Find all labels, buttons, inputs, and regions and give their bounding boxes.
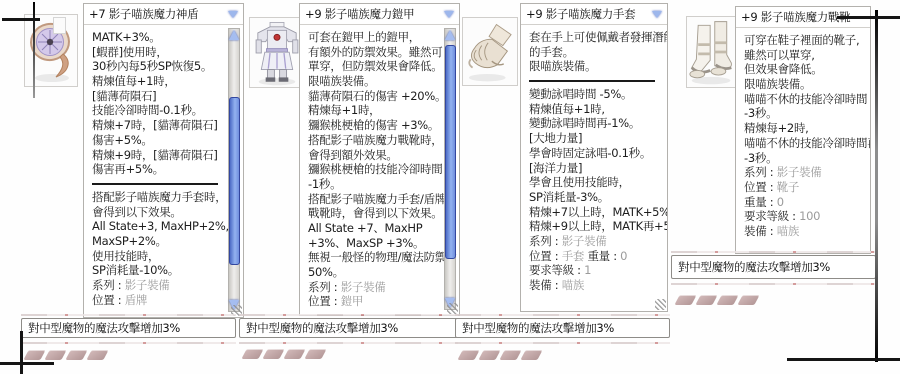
tooltip-text-line: 裝備 : 喵族 [529, 278, 661, 293]
tooltip-text-line: 傷害+5%。 [92, 133, 227, 148]
card-slot-icon [499, 350, 521, 360]
tooltip-text-line: 要求等級 : 100 [744, 209, 864, 224]
tooltip-text-line: 要求等級 : 1 [529, 263, 661, 278]
tooltip-text-line: 系列 : 影子裝備 [92, 278, 227, 293]
divider-artifact-line [21, 314, 236, 316]
collapse-arrow-icon[interactable] [652, 11, 662, 18]
card-slot-icon [262, 349, 284, 359]
tooltip-text-line: 位置 : 盾牌 [92, 293, 227, 308]
item-illustration-box [686, 16, 737, 88]
tooltip-body: 可穿在鞋子裡面的靴子,雖然可以單穿,但效果會降低。限喵族裝備。喵喵不休的技能冷卻… [736, 28, 870, 253]
resize-grip[interactable] [655, 299, 666, 310]
crop-mark [20, 331, 23, 374]
enchant-effect-text: 對中型魔物的魔法攻擊增加3% [462, 321, 614, 335]
tooltip-text-line: 的手套。 [529, 45, 661, 60]
tooltip-text-line: 學會且使用技能時， [529, 175, 661, 190]
boots-icon [688, 17, 736, 87]
scrollbar[interactable] [228, 28, 240, 312]
tooltip-body: 可套在鎧甲上的鎧甲，有額外的防禦效果。雖然可以單穿，但防禦效果會降低。限喵族裝備… [300, 25, 459, 315]
card-slot-icon [457, 350, 479, 360]
card-slots-row [460, 347, 544, 363]
item-tooltip-window: +7 影子喵族魔力神盾 MATK+3%。[蝦群]使用時，30秒內每5秒SP恢復5… [83, 3, 244, 318]
divider-artifact-line [455, 342, 670, 344]
screenshot-stage: Collections Collections Collections Coll… [0, 0, 900, 374]
tooltip-text-line: 無視一般怪的物理/魔法防禦力 [308, 250, 443, 265]
separator-line [529, 74, 661, 87]
card-slot-icon [23, 350, 45, 360]
divider-artifact-line [671, 251, 876, 253]
tooltip-text-line: 戰靴時，會得到以下效果。 [308, 206, 443, 221]
tooltip-text-line: 變動詠唱時間 -5%。 [529, 87, 661, 102]
enchant-effect-text: 對中型魔物的魔法攻擊增加3% [678, 260, 830, 274]
scroll-up-icon[interactable] [229, 30, 239, 40]
tooltip-text-line: 會得到以下效果。 [92, 205, 227, 220]
tooltip-text-line: 喵喵不休的技能冷卻時間 [744, 92, 864, 107]
tooltip-text-line: 傷害再+5%。 [92, 162, 227, 177]
crop-mark [787, 358, 900, 361]
tooltip-text-line: 獼猴桃梗槍的傷害 +3%。 [308, 118, 443, 133]
enchant-effect-box: 對中型魔物的魔法攻擊增加3% [21, 318, 236, 338]
enchant-effect-box: 對中型魔物的魔法攻擊增加3% [455, 318, 670, 338]
tooltip-text-line: 精煉+9以上時，MATK再+5%。 [529, 219, 661, 234]
tooltip-text-line: [貓薄荷隕石] [92, 89, 227, 104]
tooltip-text-line: 精煉值每+1時, [529, 102, 661, 117]
tooltip-text-line: 位置 : 鎧甲 [308, 294, 443, 309]
card-slot-icon [304, 349, 326, 359]
tooltip-text-line: 可穿在鞋子裡面的靴子, [744, 33, 864, 48]
card-slot-icon [695, 295, 717, 305]
tooltip-text-line: [蝦群]使用時， [92, 45, 227, 60]
tooltip-text-line: 精煉每+2時, [744, 121, 864, 136]
crop-mark [2, 18, 40, 21]
tooltip-text-line: 50%。 [308, 265, 443, 280]
tooltip-body: MATK+3%。[蝦群]使用時，30秒內每5秒SP恢復5。精煉值每+1時，[貓薄… [84, 25, 243, 317]
tooltip-text-line: +3%、MaxSP +3%。 [308, 236, 443, 251]
divider-artifact-line [239, 314, 458, 316]
tooltip-text-line: 可套在鎧甲上的鎧甲， [308, 30, 443, 45]
card-slot-icon [283, 349, 305, 359]
tooltip-text-line: [海洋力量] [529, 161, 661, 176]
scrollbar-thumb[interactable] [445, 45, 456, 259]
tooltip-text-line: 精煉每+1時， [308, 103, 443, 118]
item-title: +9 影子喵族魔力鎧甲 [305, 6, 414, 22]
item-title: +9 影子喵族魔力戰靴 [741, 9, 850, 25]
card-slot-icon [86, 350, 108, 360]
item-illustration-box [462, 17, 518, 86]
crop-mark [33, 2, 35, 98]
item-title-bar: +9 影子喵族魔力手套 [521, 4, 667, 25]
tooltip-text-line: 精煉+7以上時，MATK+5%。 [529, 205, 661, 220]
tooltip-text-line: 限喵族裝備。 [529, 59, 661, 74]
divider-artifact-line [671, 283, 876, 285]
tooltip-text-line: 精煉+7時，[貓薄荷隕石] [92, 118, 227, 133]
tooltip-text-line: -1秒。 [308, 177, 443, 192]
tooltip-text-line: 會得到額外效果。 [308, 148, 443, 163]
tooltip-text-line: 限喵族裝備。 [308, 74, 443, 89]
gauntlet-icon [463, 19, 517, 85]
tooltip-text-line: 技能冷卻時間-0.1秒。 [92, 103, 227, 118]
item-tooltip-window: +9 影子喵族魔力手套 套在手上可使佩戴者發揮潛能的手套。限喵族裝備。變動詠唱時… [520, 3, 668, 312]
tooltip-text-line: 單穿，但防禦效果會降低。 [308, 59, 443, 74]
scroll-up-icon[interactable] [445, 30, 455, 40]
tooltip-text-line: 系列 : 影子裝備 [308, 280, 443, 295]
tooltip-text-line: 位置 : 靴子 [744, 180, 864, 195]
crop-mark [0, 362, 54, 365]
item-tooltip-window: +9 影子喵族魔力戰靴 可穿在鞋子裡面的靴子,雖然可以單穿,但效果會降低。限喵族… [735, 6, 871, 254]
tooltip-text-line: 30秒內每5秒SP恢復5。 [92, 59, 227, 74]
collapse-arrow-icon[interactable] [228, 11, 238, 18]
tooltip-text-line: 套在手上可使佩戴者發揮潛能 [529, 30, 661, 45]
tooltip-text-line: 系列 : 影子裝備 [744, 165, 864, 180]
tooltip-text-line: 雖然可以單穿, [744, 48, 864, 63]
enchant-effect-box: 對中型魔物的魔法攻擊增加3% [239, 318, 458, 338]
card-slot-icon [716, 295, 738, 305]
tooltip-text-line: MATK+3%。 [92, 30, 227, 45]
tooltip-text-line: 學會時固定詠唱-0.1秒。 [529, 146, 661, 161]
divider-artifact-line [21, 342, 236, 344]
tooltip-text-line: SP消耗量-10%。 [92, 263, 227, 278]
tooltip-text-line: All State+3, MaxHP+2%, [92, 219, 227, 234]
item-title: +9 影子喵族魔力手套 [526, 6, 635, 22]
tooltip-text-line: 精煉值每+1時， [92, 74, 227, 89]
crop-mark [875, 10, 878, 362]
card-slot-icon [65, 350, 87, 360]
tooltip-text-line: 限喵族裝備。 [744, 77, 864, 92]
tooltip-text-line: SP消耗量-3%。 [529, 190, 661, 205]
tooltip-text-line: 但效果會降低。 [744, 62, 864, 77]
tooltip-text-line: 有額外的防禦效果。雖然可以 [308, 45, 443, 60]
enchant-effect-text: 對中型魔物的魔法攻擊增加3% [246, 321, 398, 335]
item-title-bar: +7 影子喵族魔力神盾 [84, 4, 243, 25]
armor-icon [250, 19, 304, 87]
item-title: +7 影子喵族魔力神盾 [89, 6, 198, 22]
tooltip-text-line: 搭配影子喵族魔力手套/盾牌/ [308, 192, 443, 207]
resize-grip[interactable] [447, 303, 458, 314]
tooltip-body: 套在手上可使佩戴者發揮潛能的手套。限喵族裝備。變動詠唱時間 -5%。精煉值每+1… [521, 25, 667, 311]
tooltip-text-line: -3秒。 [744, 106, 864, 121]
tooltip-text-line: 重量 : 0 [744, 195, 864, 210]
card-slot-icon [520, 350, 542, 360]
divider-artifact-line [455, 314, 670, 316]
card-slots-row [26, 347, 110, 363]
card-slot-icon [241, 349, 263, 359]
tooltip-text-line: All State +7、MaxHP [308, 221, 443, 236]
tooltip-text-line: -3秒。 [744, 151, 864, 166]
card-slot-icon [674, 295, 696, 305]
tooltip-text-line: 獼猴桃梗槍的技能冷卻時間 [308, 162, 443, 177]
tooltip-text-line: MaxSP+2%。 [92, 234, 227, 249]
tooltip-text-line: 搭配影子喵族魔力戰靴時， [308, 133, 443, 148]
tooltip-text-line: 系列 : 影子裝備 [529, 234, 661, 249]
tooltip-text-line: 裝備 : 喵族 [744, 224, 864, 239]
artifact-box [53, 17, 66, 34]
tooltip-text-line: 貓薄荷隕石的傷害 +20%。 [308, 89, 443, 104]
tooltip-text-line: 搭配影子喵族魔力手套時， [92, 190, 227, 205]
tooltip-text-line: 位置 : 手套 重量 : 0 [529, 249, 661, 264]
scrollbar-thumb[interactable] [229, 97, 240, 265]
card-slot-icon [478, 350, 500, 360]
divider-artifact-line [239, 342, 458, 344]
tooltip-text-line: 精煉+9時，[貓薄荷隕石] [92, 148, 227, 163]
tooltip-text-line: 使用技能時， [92, 249, 227, 264]
scrollbar[interactable] [444, 28, 456, 310]
enchant-effect-text: 對中型魔物的魔法攻擊增加3% [28, 321, 180, 335]
card-slot-icon [737, 295, 759, 305]
enchant-effect-box: 對中型魔物的魔法攻擊增加3% [671, 255, 876, 279]
collapse-arrow-icon[interactable] [444, 11, 454, 18]
tooltip-text-line: 變動詠唱時間再-1%。 [529, 116, 661, 131]
item-title-bar: +9 影子喵族魔力鎧甲 [300, 4, 459, 25]
tooltip-text-line: [大地力量] [529, 131, 661, 146]
card-slot-icon [44, 350, 66, 360]
item-tooltip-window: +9 影子喵族魔力鎧甲 可套在鎧甲上的鎧甲，有額外的防禦效果。雖然可以單穿，但防… [299, 3, 460, 316]
item-illustration-box [249, 17, 305, 88]
card-slots-row [244, 346, 328, 362]
tooltip-text-line: 喵喵不休的技能冷卻時間再 [744, 136, 864, 151]
card-slots-row [677, 292, 761, 308]
separator-line [92, 177, 227, 190]
crop-mark [837, 16, 900, 19]
